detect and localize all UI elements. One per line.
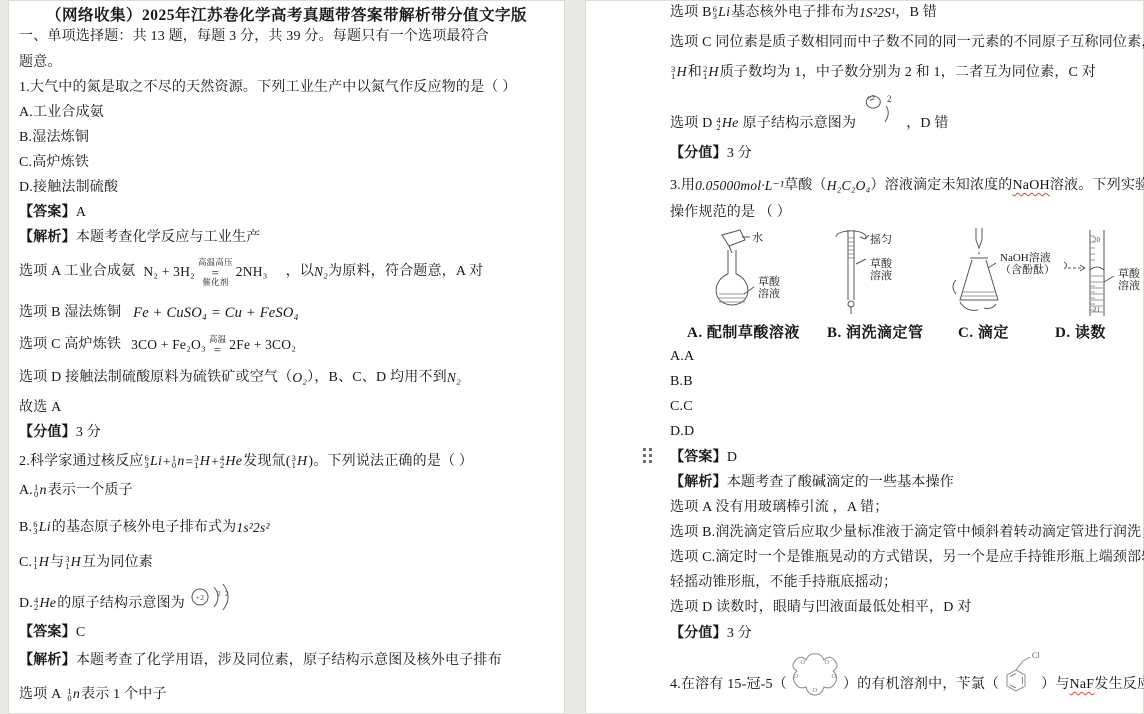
q2-option-c-analysis-line2: 31H 和 21H 质子数均为 1，中子数分别为 2 和 1，二者互为同位素，C…: [670, 61, 1096, 85]
q1-option-b: B.湿法炼铜: [19, 126, 89, 150]
reaction-condition: 高温高压 = 催化剂: [198, 258, 233, 286]
nuclide-n1: 10n: [172, 450, 185, 474]
copper-equation: Fe + CuSO₄ = Cu + FeSO₄: [133, 301, 299, 325]
q3-explanation: 【解析】本题考查了酸碱滴定的一些基本操作: [670, 471, 954, 495]
q1-option-d: D.接触法制硫酸: [19, 176, 118, 200]
nuclide-n1: 10n: [67, 683, 80, 707]
q2-option-b: B. 63Li 的基态原子核外电子排布式为 1s²2s²: [19, 516, 270, 540]
q2-option-d-analysis: 选项 D 42He 原子结构示意图为 +2 2 ，D 错: [670, 102, 949, 146]
page-2: 选项 B 63Li 基态核外电子排布为 1S²2S¹ ，B 错 选项 C 同位素…: [585, 0, 1144, 714]
n2-symbol: N₂: [314, 260, 328, 284]
nuclide-h3: 31H: [292, 450, 308, 474]
q2-option-b-analysis: 选项 B 63Li 基态核外电子排布为 1S²2S¹ ，B 错: [670, 1, 937, 25]
svg-text:+2: +2: [196, 593, 204, 602]
nuclide-he4: 42He: [220, 450, 242, 474]
q3-option-c: C.C: [670, 395, 693, 419]
q3-option-c-analysis-line1: 选项 C.滴定时一个是锥瓶晃动的方式错误，另一个是应手持锥形瓶上端颈部轻: [670, 546, 1144, 570]
q2-option-c: C. 11H 与 31H 互为同位素: [19, 551, 153, 575]
spellcheck-word-naf: NaF: [1070, 673, 1095, 697]
page-1: （网络收集）2025年江苏卷化学高考真题带答案带解析带分值文字版 一、单项选择题…: [8, 0, 565, 714]
q3-option-a: A.A: [670, 345, 694, 369]
q3-option-b: B.B: [670, 370, 693, 394]
q3-option-a-analysis: 选项 A 没有用玻璃棒引流 ，A 错；: [670, 496, 888, 520]
svg-text:2: 2: [217, 589, 221, 598]
oxalic-acid-formula: H₂C₂O₄: [827, 174, 871, 198]
iron-equation-lhs: 3CO + Fe₂O₃: [131, 333, 206, 357]
benzyl-chloride-structure: Cl: [1001, 648, 1039, 698]
q1-option-c-analysis: 选项 C 高炉炼铁 3CO + Fe₂O₃ 高温 = 2Fe + 3CO₂: [19, 327, 296, 363]
q1-conclusion: 故选 A: [19, 396, 61, 420]
q1-score: 【分值】3 分: [19, 421, 101, 445]
reaction-condition: 高温 =: [209, 335, 226, 355]
q1-explanation: 【解析】本题考查化学反应与工业生产: [19, 226, 260, 250]
svg-text:Cl: Cl: [1032, 651, 1041, 660]
ammonia-equation-rhs: 2NH₃: [236, 260, 268, 284]
q3-answer: 【答案】D: [670, 446, 737, 470]
nuclide-h3: 31H: [65, 551, 81, 575]
svg-text:O: O: [793, 673, 798, 680]
q3-stem-line2: 操作规范的是 （ ）: [670, 201, 791, 225]
oxalic-solution-label: 草酸溶液: [870, 258, 892, 282]
o2-symbol: O₂: [292, 366, 307, 390]
caption-b: B. 润洗滴定管: [827, 321, 924, 342]
q4-stem: 4.在溶有 15-冠-5（ O O O O O ）的有机溶剂中，苄氯（ Cl ）…: [670, 656, 1144, 714]
q2-option-a-analysis: 选项 A 10n 表示 1 个中子: [19, 683, 167, 707]
nuclide-li6: 63Li: [33, 516, 51, 540]
nuclide-li6: 63Li: [713, 1, 731, 25]
nuclide-h3: 31H: [671, 61, 687, 85]
caption-d: D. 读数: [1055, 321, 1106, 342]
oxalic-solution-label: 草酸溶液: [1118, 268, 1140, 292]
q1-option-d-analysis: 选项 D 接触法制硫酸原料为硫铁矿或空气（ O₂ ），B、C、D 均用不到 N₂: [19, 366, 461, 390]
electron-configuration: 1S²2S¹: [859, 1, 895, 25]
atom-structure-diagram: +2 2 2: [189, 582, 239, 614]
svg-text:O: O: [800, 659, 805, 666]
nuclide-h3: 31H: [194, 450, 210, 474]
q1-option-a: A.工业合成氨: [19, 101, 104, 125]
q1-option-a-analysis: 选项 A 工业合成氨 N₂ + 3H₂ 高温高压 = 催化剂 2NH₃ ，以 N…: [19, 249, 483, 295]
q3-option-d-analysis: 选项 D 读数时，眼睛与凹液面最低处相平，D 对: [670, 596, 972, 620]
naoh-solution-label: NaOH溶液（含酚酞）: [1000, 252, 1055, 276]
q2-score: 【分值】3 分: [670, 142, 752, 166]
crown-ether-structure: O O O O O: [789, 652, 841, 698]
q3-option-c-analysis-line2: 轻摇动锥形瓶，不能手持瓶底摇动；: [670, 571, 897, 595]
nuclide-he4: 42He: [34, 592, 56, 616]
svg-text:2: 2: [887, 94, 892, 104]
nuclide-li6: 63Li: [145, 450, 163, 474]
q3-option-b-analysis: 选项 B.润洗滴定管后应取少量标准液于滴定管中倾斜着转动滴定管进行润洗；: [670, 521, 1144, 545]
nuclide-h2: 21H: [703, 61, 719, 85]
titration-figure: 水 草酸溶液 A. 配制草酸溶液 摇匀 草酸溶液 B. 润洗滴定管 NaOH溶液…: [670, 228, 1135, 340]
q2-option-a: A. 10n 表示一个质子: [19, 479, 133, 503]
svg-text:20: 20: [1093, 236, 1101, 244]
nuclide-he4: 42He: [716, 112, 738, 136]
ammonia-equation-lhs: N₂ + 3H₂: [143, 260, 195, 284]
handwritten-atom-diagram: +2 2: [862, 90, 904, 134]
q1-option-c: C.高炉炼铁: [19, 151, 89, 175]
oxalic-solution-label: 草酸溶液: [758, 276, 780, 300]
q2-explanation: 【解析】本题考查了化学用语，涉及同位素，原子结构示意图及核外电子排布: [19, 649, 502, 673]
q1-answer: 【答案】A: [19, 201, 86, 225]
spellcheck-word-naoh: NaOH: [1013, 174, 1050, 198]
iron-equation-rhs: 2Fe + 3CO₂: [229, 333, 296, 357]
q1-stem: 1.大气中的氮是取之不尽的天然资源。下列工业生产中以氮气作反应物的是（ ）: [19, 76, 516, 100]
document-canvas: { "labels": { "ans": "【答案】", "exp": "【解析…: [0, 0, 1144, 714]
concentration-value: 0.05000mol·L⁻¹: [695, 174, 784, 198]
n2-symbol: N₂: [447, 366, 461, 390]
svg-text:O: O: [824, 659, 829, 666]
drag-handle-icon[interactable]: [643, 448, 652, 463]
volumetric-flask-diagram: [682, 228, 792, 316]
svg-text:+2: +2: [867, 93, 875, 102]
q2-answer: 【答案】C: [19, 621, 85, 645]
caption-c: C. 滴定: [958, 321, 1009, 342]
q1-option-b-analysis: 选项 B 湿法炼铜 Fe + CuSO₄ = Cu + FeSO₄: [19, 301, 299, 325]
q3-score: 【分值】3 分: [670, 622, 752, 646]
caption-a: A. 配制草酸溶液: [687, 321, 800, 342]
nuclide-h1: 11H: [33, 551, 49, 575]
electron-configuration: 1s²2s²: [236, 516, 269, 540]
q3-option-d: D.D: [670, 420, 694, 444]
q2-option-c-analysis-line1: 选项 C 同位素是质子数相同而中子数不同的同一元素的不同原子互称同位素，: [670, 31, 1144, 55]
svg-text:2: 2: [225, 589, 229, 598]
q3-stem-line1: 3.用 0.05000mol·L⁻¹ 草酸（ H₂C₂O₄ ）溶液滴定未知浓度的…: [670, 174, 1144, 198]
shake-label: 摇匀: [870, 234, 892, 246]
svg-text:O: O: [831, 673, 836, 680]
q2-option-d: D. 42He 的原子结构示意图为 +2 2 2: [19, 584, 239, 624]
svg-text:O: O: [812, 687, 817, 694]
water-label: 水: [752, 232, 763, 244]
burette-rinse-diagram: [820, 228, 910, 316]
section-intro-line1: 一、单项选择题：共 13 题，每题 3 分，共 39 分。每题只有一个选项最符合: [19, 25, 489, 49]
section-intro-line2: 题意。: [19, 51, 62, 75]
nuclide-n1: 10n: [34, 479, 47, 503]
svg-text:21: 21: [1093, 306, 1101, 314]
q2-stem: 2.科学家通过核反应 63Li + 10n = 31H + 42He 发现氚( …: [19, 450, 473, 474]
